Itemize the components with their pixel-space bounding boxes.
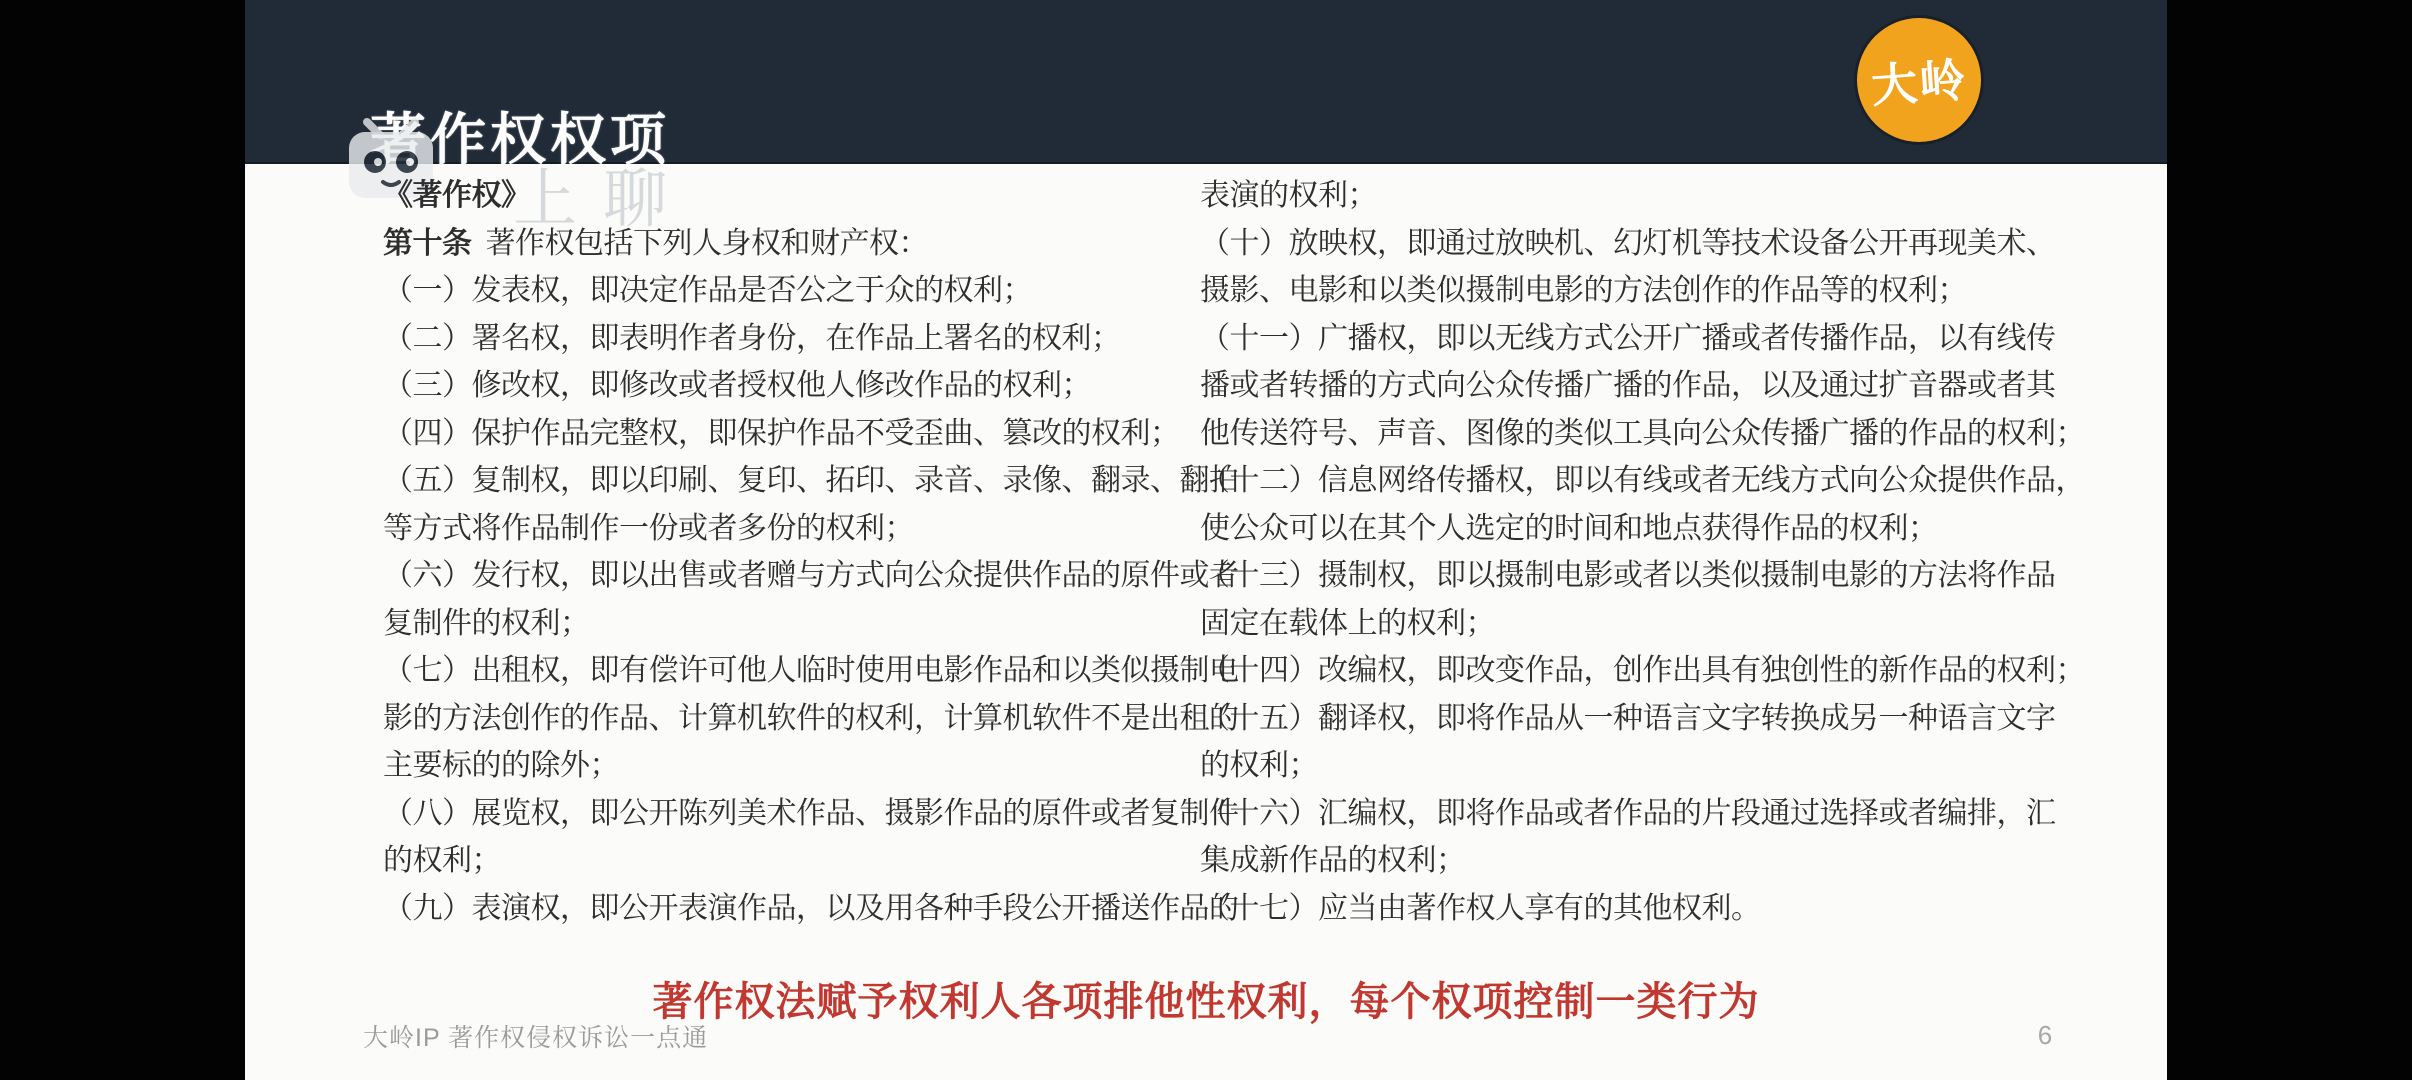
text-line: 主要标的的除外；: [383, 742, 1213, 790]
brand-logo: 大岭: [1857, 18, 1981, 142]
article-intro-text: 著作权包括下列人身权和财产权：: [486, 227, 929, 260]
text-line: 表演的权利；: [1200, 172, 2130, 220]
footer-source-text: 大岭IP 著作权侵权诉讼一点通: [363, 1018, 708, 1054]
text-line: 的权利；: [1200, 742, 2130, 790]
law-text-right-column: 表演的权利；（十）放映权，即通过放映机、幻灯机等技术设备公开再现美术、摄影、电影…: [1200, 172, 2130, 932]
text-line: （十）放映权，即通过放映机、幻灯机等技术设备公开再现美术、: [1200, 220, 2130, 268]
text-line: （二）署名权，即表明作者身份，在作品上署名的权利；: [383, 315, 1213, 363]
text-line: （十七）应当由著作权人享有的其他权利。: [1200, 885, 2130, 933]
text-line: （十二）信息网络传播权，即以有线或者无线方式向公众提供作品，: [1200, 457, 2130, 505]
text-line: （八）展览权，即公开陈列美术作品、摄影作品的原件或者复制件: [383, 790, 1213, 838]
text-line: 集成新作品的权利；: [1200, 837, 2130, 885]
text-line: （十三）摄制权，即以摄制电影或者以类似摄制电影的方法将作品: [1200, 552, 2130, 600]
text-line: （十六）汇编权，即将作品或者作品的片段通过选择或者编排，汇: [1200, 790, 2130, 838]
article-number-label: 第十条: [383, 227, 472, 260]
text-line: （十四）改编权，即改变作品，创作出具有独创性的新作品的权利；: [1200, 647, 2130, 695]
text-line: 使公众可以在其个人选定的时间和地点获得作品的权利；: [1200, 505, 2130, 553]
text-line: 固定在载体上的权利；: [1200, 600, 2130, 648]
text-line: （十五）翻译权，即将作品从一种语言文字转换成另一种语言文字: [1200, 695, 2130, 743]
text-line: （七）出租权，即有偿许可他人临时使用电影作品和以类似摄制电: [383, 647, 1213, 695]
law-text-left-column: 《著作权》 第十条著作权包括下列人身权和财产权： （一）发表权，即决定作品是否公…: [383, 172, 1213, 932]
text-line: 他传送符号、声音、图像的类似工具向公众传播广播的作品的权利；: [1200, 410, 2130, 458]
left-column-lines: （一）发表权，即决定作品是否公之于众的权利；（二）署名权，即表明作者身份，在作品…: [383, 267, 1213, 932]
page-number: 6: [2015, 1020, 2075, 1051]
text-line: （九）表演权，即公开表演作品，以及用各种手段公开播送作品的: [383, 885, 1213, 933]
brand-logo-text: 大岭: [1869, 44, 1969, 117]
text-line: 复制件的权利；: [383, 600, 1213, 648]
presentation-slide: 著作权权项 大岭 上聊 《著作权》 第十条著作权包括下列人身权和财产权： （一）…: [245, 0, 2167, 1080]
slide-header: 著作权权项 大岭: [245, 0, 2167, 164]
text-line: （十一）广播权，即以无线方式公开广播或者传播作品，以有线传: [1200, 315, 2130, 363]
text-line: （六）发行权，即以出售或者赠与方式向公众提供作品的原件或者: [383, 552, 1213, 600]
text-line: （三）修改权，即修改或者授权他人修改作品的权利；: [383, 362, 1213, 410]
text-line: 摄影、电影和以类似摄制电影的方法创作的作品等的权利；: [1200, 267, 2130, 315]
article-intro-line: 第十条著作权包括下列人身权和财产权：: [383, 220, 1213, 268]
text-line: （五）复制权，即以印刷、复印、拓印、录音、录像、翻录、翻拍: [383, 457, 1213, 505]
text-line: （一）发表权，即决定作品是否公之于众的权利；: [383, 267, 1213, 315]
text-line: 的权利；: [383, 837, 1213, 885]
text-line: （四）保护作品完整权，即保护作品不受歪曲、篡改的权利；: [383, 410, 1213, 458]
video-frame: { "colors": { "header_bg": "#212b38", "s…: [0, 0, 2412, 1080]
right-column-lines: 表演的权利；（十）放映权，即通过放映机、幻灯机等技术设备公开再现美术、摄影、电影…: [1200, 172, 2130, 932]
law-book-title: 《著作权》: [383, 172, 1213, 220]
text-line: 播或者转播的方式向公众传播广播的作品，以及通过扩音器或者其: [1200, 362, 2130, 410]
text-line: 等方式将作品制作一份或者多份的权利；: [383, 505, 1213, 553]
text-line: 影的方法创作的作品、计算机软件的权利，计算机软件不是出租的: [383, 695, 1213, 743]
